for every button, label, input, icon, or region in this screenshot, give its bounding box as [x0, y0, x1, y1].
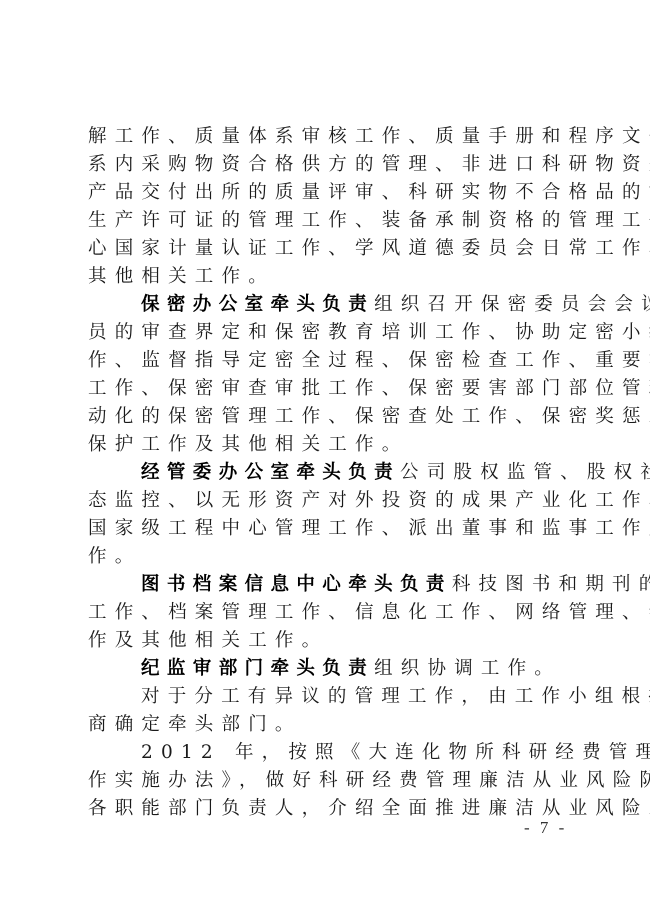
text-line: 动化的保密管理工作、保密查处工作、保密奖惩工作、技术秘密 — [88, 403, 570, 431]
paragraph-quality-continued: 解工作、质量体系审核工作、质量手册和程序文件工作、质量体 系内采购物资合格供方的… — [88, 123, 570, 291]
text-line: 纪监审部门牵头负责组织协调工作。 — [88, 655, 570, 683]
text-line: 保护工作及其他相关工作。 — [88, 431, 570, 459]
text-line: 工作、档案管理工作、信息化工作、网络管理、学术期刊编辑工 — [88, 599, 570, 627]
text-line: 工作、保密审查审批工作、保密要害部门部位管理工作、办公自 — [88, 375, 570, 403]
paragraph-disputed-work: 对于分工有异议的管理工作，由工作小组根据工作性质，协 商确定牵头部门。 — [88, 683, 570, 739]
paragraph-lead-heading: 纪监审部门牵头负责 — [141, 658, 374, 679]
paragraph-lead-heading: 图书档案信息中心牵头负责 — [141, 574, 452, 595]
text-run: 组织协调工作。 — [374, 658, 561, 679]
text-line: 产品交付出所的质量评审、科研实物不合格品的审理、装备科研 — [88, 179, 570, 207]
paragraph-library-archives-center: 图书档案信息中心牵头负责科技图书和期刊的订阅及管理 工作、档案管理工作、信息化工… — [88, 571, 570, 655]
text-run: 科技图书和期刊的订阅及管理 — [452, 574, 650, 595]
paragraph-lead-heading: 保密办公室牵头负责 — [141, 294, 374, 315]
paragraph-secrecy-office: 保密办公室牵头负责组织召开保密委员会会议、指导涉密人 员的审查界定和保密教育培训… — [88, 291, 570, 459]
text-line: 作。 — [88, 543, 570, 571]
paragraph-2012-risk-control: 2012 年，按照《大连化物所科研经费管理风险防控试点工 作实施办法》，做好科研… — [88, 739, 570, 823]
paragraph-lead-heading: 经管委办公室牵头负责 — [141, 462, 400, 483]
body-text: 解工作、质量体系审核工作、质量手册和程序文件工作、质量体 系内采购物资合格供方的… — [88, 123, 570, 823]
text-line: 经管委办公室牵头负责公司股权监管、股权社会化、财务动 — [88, 459, 570, 487]
text-line: 各职能部门负责人，介绍全面推进廉洁从业风险工作的重要意义 — [88, 795, 570, 823]
text-line: 系内采购物资合格供方的管理、非进口科研物资采购合同、实物 — [88, 151, 570, 179]
text-line: 对于分工有异议的管理工作，由工作小组根据工作性质，协 — [88, 683, 570, 711]
text-line: 作、监督指导定密全过程、保密检查工作、重要涉密活动的保密 — [88, 347, 570, 375]
text-line: 员的审查界定和保密教育培训工作、协助定密小组开展定密工 — [88, 319, 570, 347]
page-number: - 7 - — [524, 818, 567, 838]
document-page: 解工作、质量体系审核工作、质量手册和程序文件工作、质量体 系内采购物资合格供方的… — [0, 0, 650, 919]
text-line: 国家级工程中心管理工作、派出董事和监事工作及其他相关工 — [88, 515, 570, 543]
text-line: 态监控、以无形资产对外投资的成果产业化工作、主体在公司的 — [88, 487, 570, 515]
text-run: 公司股权监管、股权社会化、财务动 — [400, 462, 650, 483]
text-line: 2012 年，按照《大连化物所科研经费管理风险防控试点工 — [88, 739, 570, 767]
text-line: 心国家计量认证工作、学风道德委员会日常工作、标准化工作及 — [88, 235, 570, 263]
paragraph-discipline-audit-dept: 纪监审部门牵头负责组织协调工作。 — [88, 655, 570, 683]
text-line: 图书档案信息中心牵头负责科技图书和期刊的订阅及管理 — [88, 571, 570, 599]
text-line: 商确定牵头部门。 — [88, 711, 570, 739]
text-run: 组织召开保密委员会会议、指导涉密人 — [374, 294, 650, 315]
text-line: 解工作、质量体系审核工作、质量手册和程序文件工作、质量体 — [88, 123, 570, 151]
text-line: 生产许可证的管理工作、装备承制资格的管理工作、理化测试中 — [88, 207, 570, 235]
text-line: 其他相关工作。 — [88, 263, 570, 291]
text-line: 保密办公室牵头负责组织召开保密委员会会议、指导涉密人 — [88, 291, 570, 319]
text-line: 作及其他相关工作。 — [88, 627, 570, 655]
text-line: 作实施办法》，做好科研经费管理廉洁从业风险防控工作。组织 — [88, 767, 570, 795]
paragraph-economic-committee-office: 经管委办公室牵头负责公司股权监管、股权社会化、财务动 态监控、以无形资产对外投资… — [88, 459, 570, 571]
